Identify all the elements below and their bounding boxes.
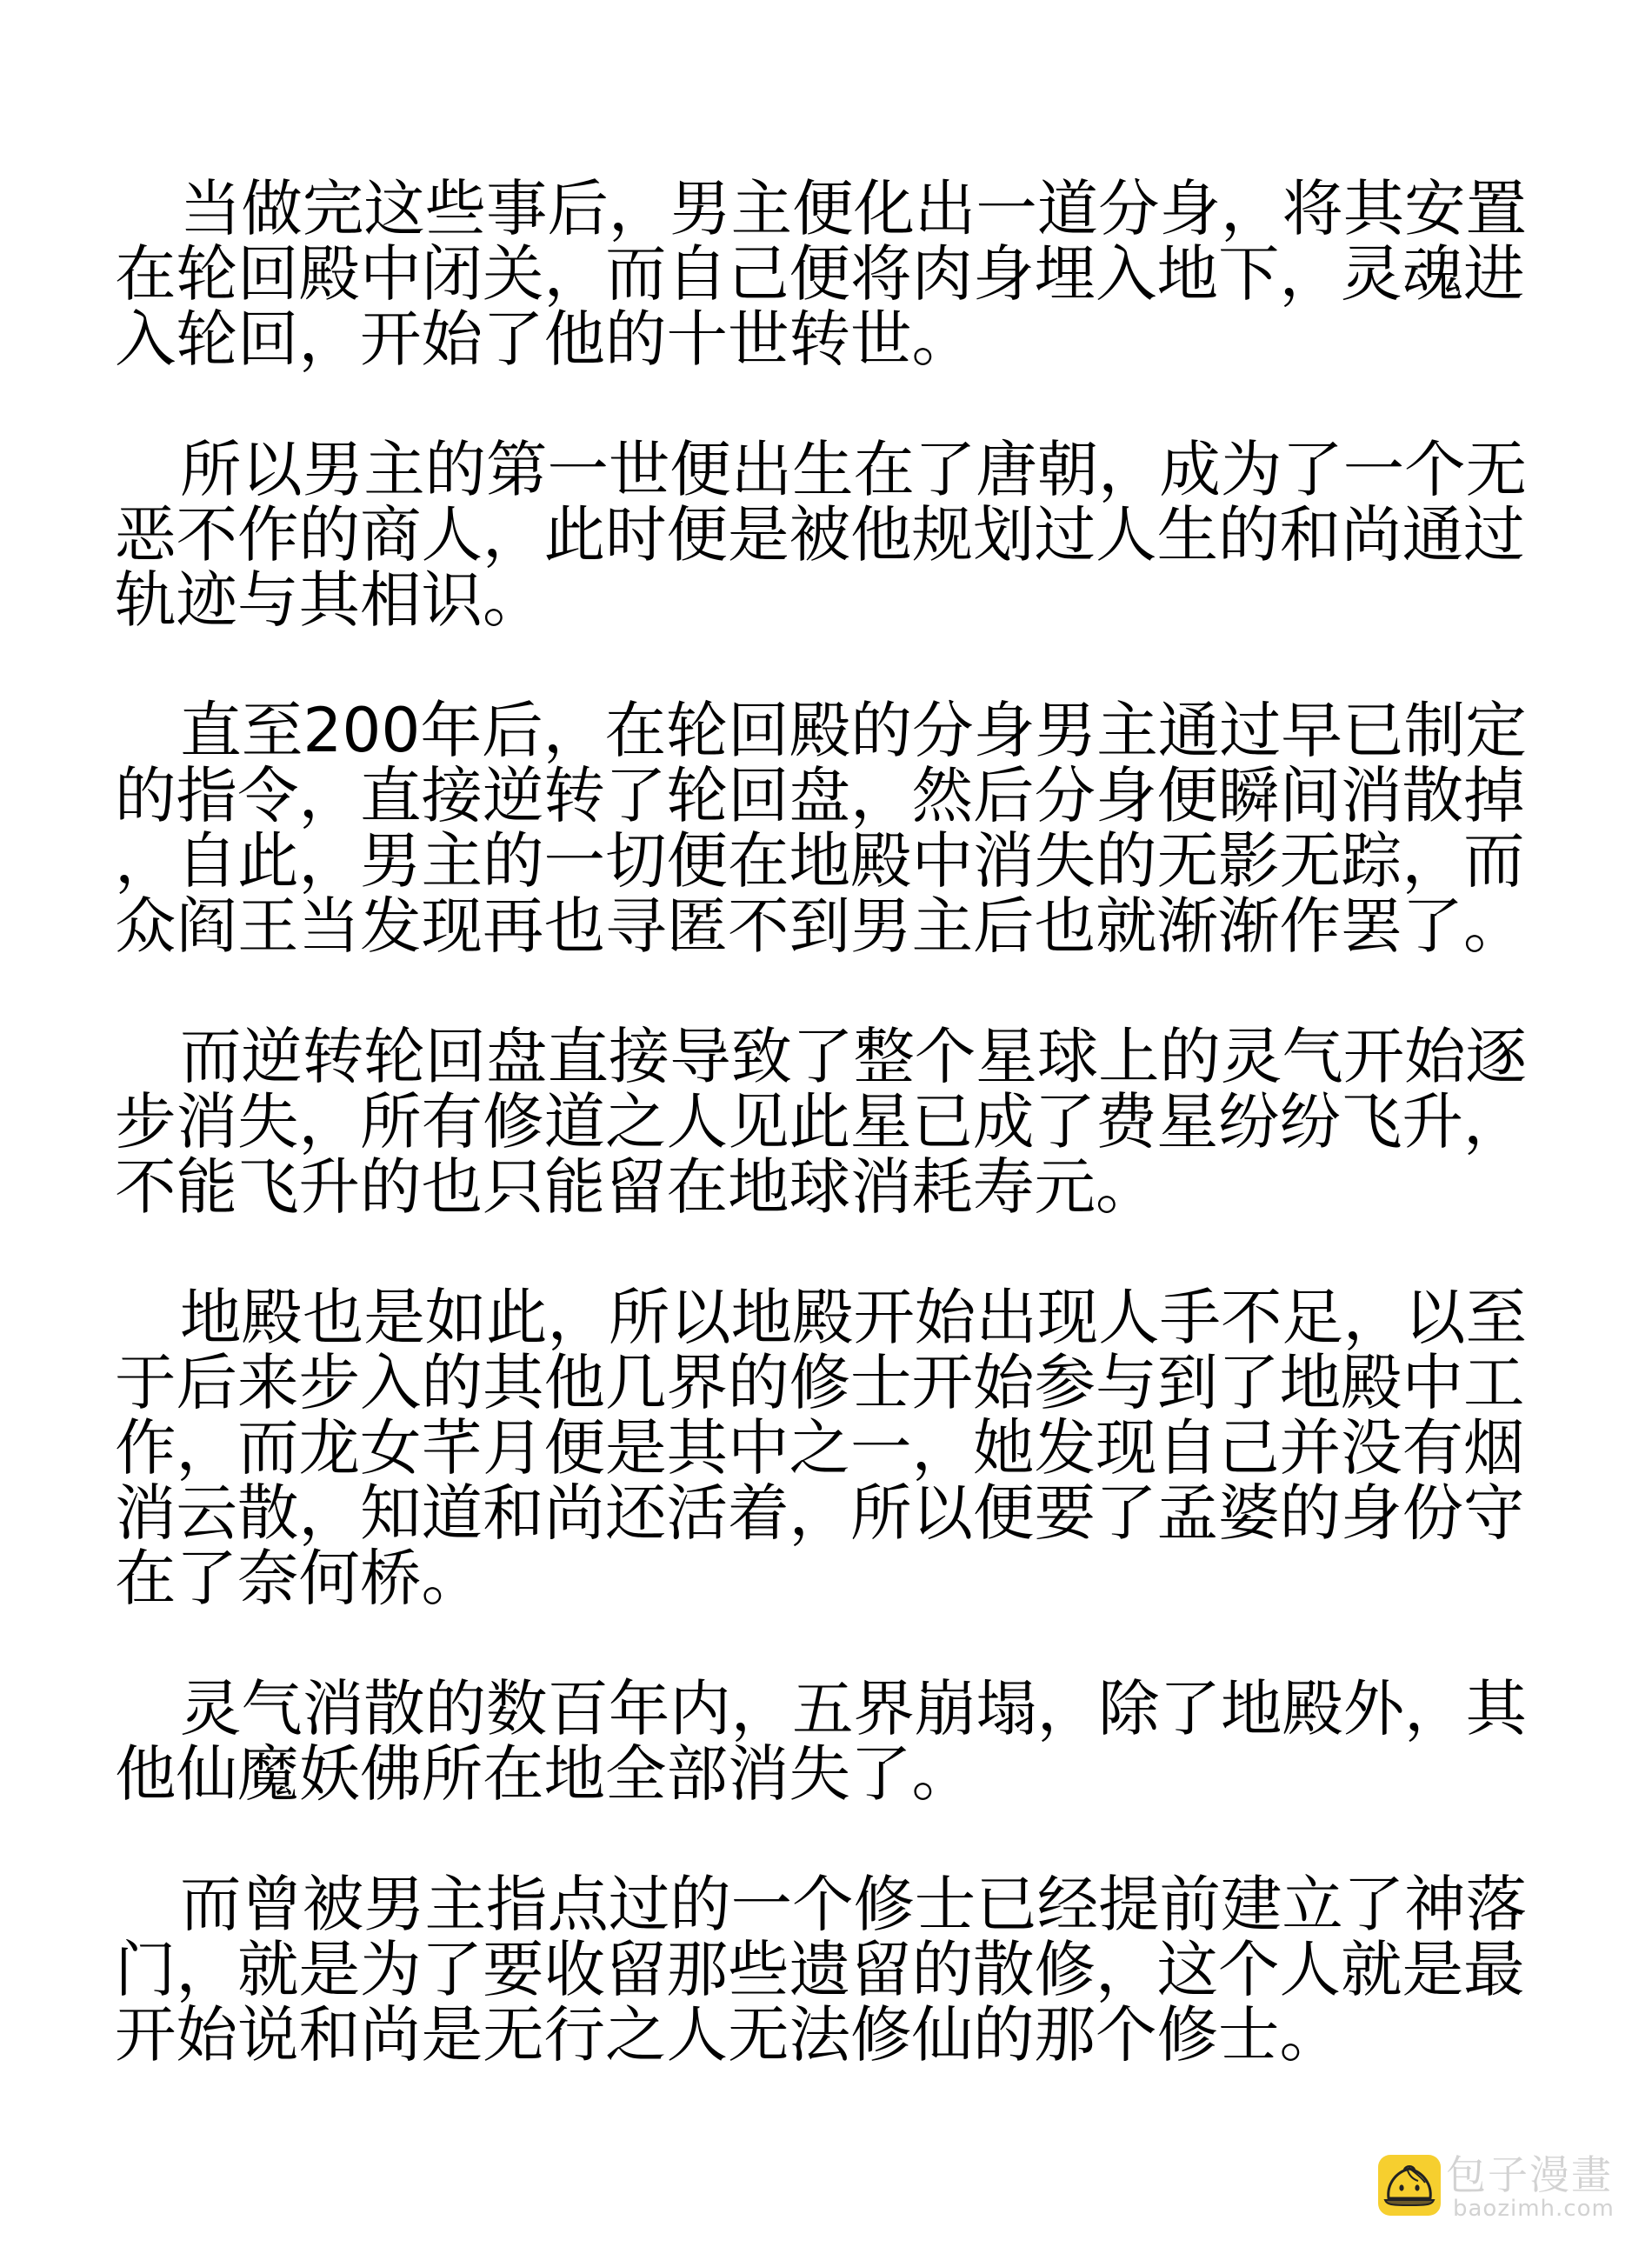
- text-line: 门，就是为了要收留那些遗留的散修，这个人就是最: [115, 1937, 1541, 2003]
- paragraph-2: 所以男主的第一世便出生在了唐朝，成为了一个无 恶不作的商人，此时便是被他规划过人…: [115, 437, 1541, 633]
- paragraph-7: 而曾被男主指点过的一个修士已经提前建立了神落 门，就是为了要收留那些遗留的散修，…: [115, 1872, 1541, 2068]
- paragraph-1: 当做完这些事后，男主便化出一道分身，将其安置 在轮回殿中闭关，而自己便将肉身埋入…: [115, 177, 1541, 372]
- text-line: 作，而龙女芊月便是其中之一，她发现自己并没有烟: [115, 1416, 1541, 1481]
- paragraph-5: 地殿也是如此，所以地殿开始出现人手不足，以至 于后来步入的其他几界的修士开始参与…: [115, 1285, 1541, 1611]
- text-line: 他仙魔妖佛所在地全部消失了。: [115, 1742, 1541, 1807]
- text-line: 恶不作的商人，此时便是被他规划过人生的和尚通过: [115, 503, 1541, 568]
- text-line: 所以男主的第一世便出生在了唐朝，成为了一个无: [115, 437, 1541, 503]
- text-line: 灵气消散的数百年内，五界崩塌，除了地殿外，其: [115, 1677, 1541, 1742]
- text-line: 轨迹与其相识。: [115, 568, 1541, 633]
- text-line: 在了奈何桥。: [115, 1546, 1541, 1611]
- watermark-url: baozimh.com: [1453, 2197, 1615, 2221]
- text-line: ，自此，男主的一切便在地殿中消失的无影无踪，而: [115, 829, 1541, 894]
- text-line: 众阎王当发现再也寻匿不到男主后也就渐渐作罢了。: [115, 894, 1541, 959]
- text-line: 直至200年后，在轮回殿的分身男主通过早已制定: [115, 698, 1541, 763]
- paragraph-4: 而逆转轮回盘直接导致了整个星球上的灵气开始逐 步消失，所有修道之人见此星已成了费…: [115, 1024, 1541, 1220]
- watermark-title: 包子漫畫: [1446, 2153, 1613, 2197]
- text-line: 步消失，所有修道之人见此星已成了费星纷纷飞升，: [115, 1090, 1541, 1155]
- document-page: 当做完这些事后，男主便化出一道分身，将其安置 在轮回殿中闭关，而自己便将肉身埋入…: [0, 0, 1652, 2247]
- steamed-bun-logo-icon: [1378, 2155, 1441, 2216]
- text-line: 当做完这些事后，男主便化出一道分身，将其安置: [115, 177, 1541, 242]
- story-text: 当做完这些事后，男主便化出一道分身，将其安置 在轮回殿中闭关，而自己便将肉身埋入…: [115, 177, 1541, 2068]
- paragraph-6: 灵气消散的数百年内，五界崩塌，除了地殿外，其 他仙魔妖佛所在地全部消失了。: [115, 1677, 1541, 1807]
- text-line: 开始说和尚是无行之人无法修仙的那个修士。: [115, 2003, 1541, 2068]
- text-line: 而逆转轮回盘直接导致了整个星球上的灵气开始逐: [115, 1024, 1541, 1090]
- text-line: 消云散，知道和尚还活着，所以便要了孟婆的身份守: [115, 1481, 1541, 1546]
- text-line: 入轮回，开始了他的十世转世。: [115, 307, 1541, 372]
- text-line: 地殿也是如此，所以地殿开始出现人手不足，以至: [115, 1285, 1541, 1350]
- text-line: 于后来步入的其他几界的修士开始参与到了地殿中工: [115, 1350, 1541, 1416]
- text-line: 而曾被男主指点过的一个修士已经提前建立了神落: [115, 1872, 1541, 1937]
- text-line: 在轮回殿中闭关，而自己便将肉身埋入地下，灵魂进: [115, 242, 1541, 307]
- text-line: 的指令，直接逆转了轮回盘，然后分身便瞬间消散掉: [115, 763, 1541, 829]
- site-watermark: 包子漫畫 baozimh.com: [1378, 2153, 1639, 2223]
- paragraph-3: 直至200年后，在轮回殿的分身男主通过早已制定 的指令，直接逆转了轮回盘，然后分…: [115, 698, 1541, 959]
- text-line: 不能飞升的也只能留在地球消耗寿元。: [115, 1155, 1541, 1220]
